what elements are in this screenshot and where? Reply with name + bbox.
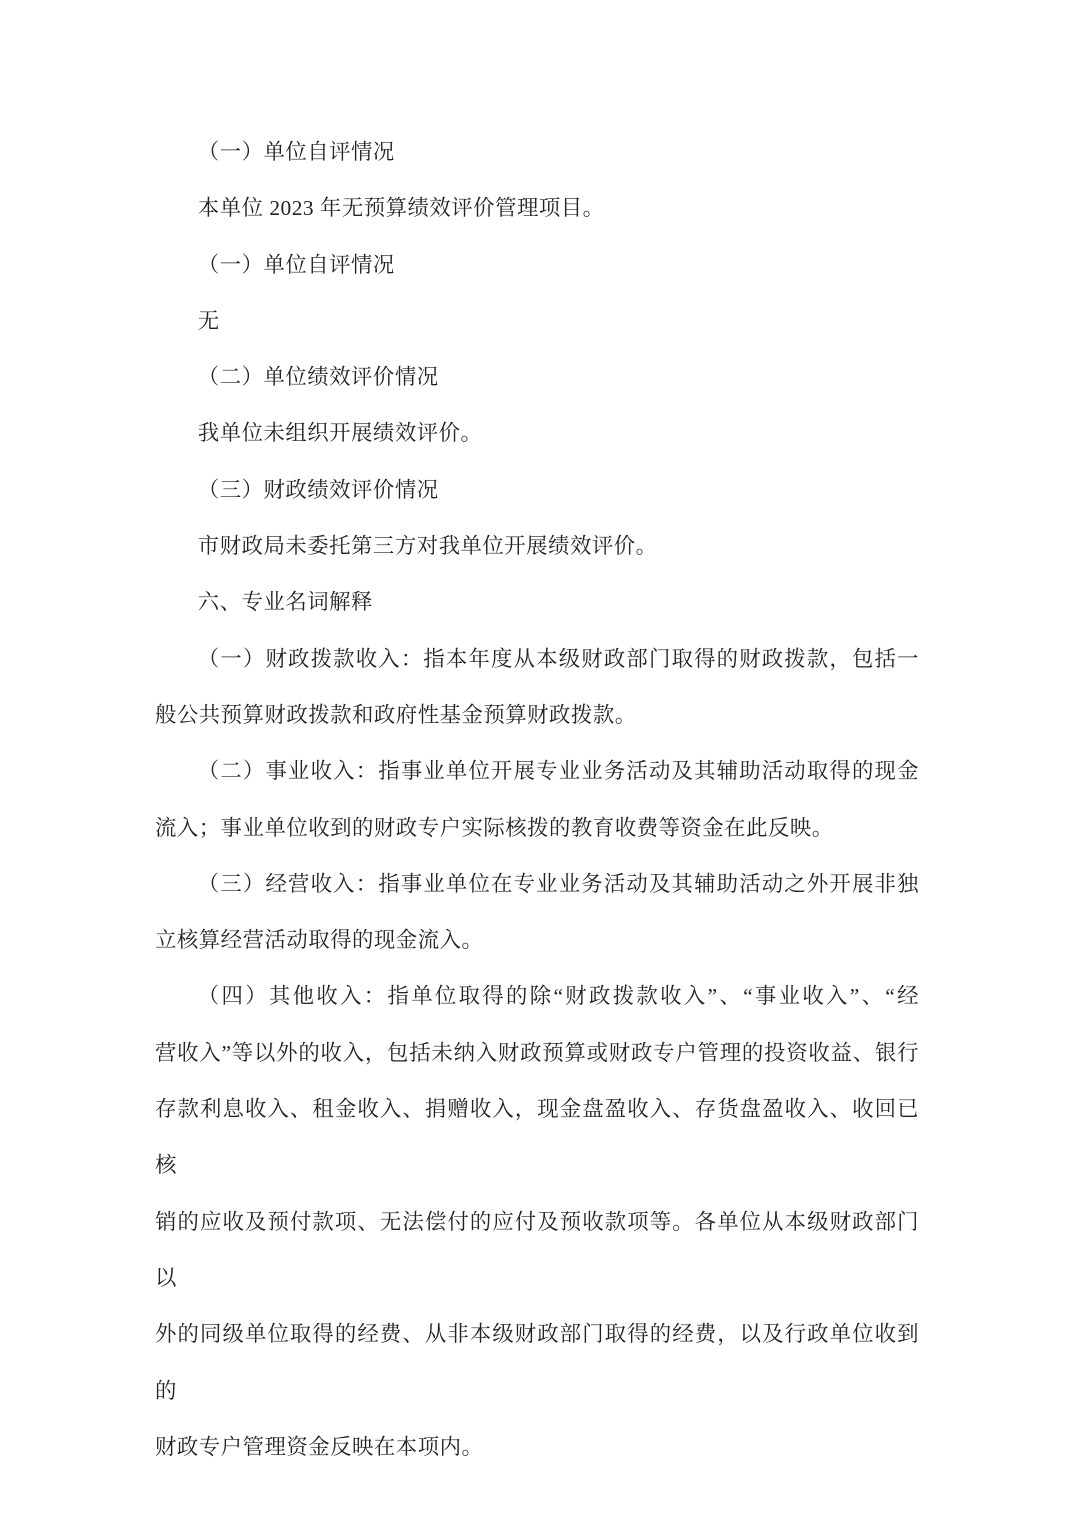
paragraph-line: 存款利息收入、租金收入、捐赠收入，现金盘盈收入、存货盘盈收入、收回已核 xyxy=(155,1081,919,1194)
paragraph-line: 般公共预算财政拨款和政府性基金预算财政拨款。 xyxy=(155,687,919,743)
paragraph-line: 外的同级单位取得的经费、从非本级财政部门取得的经费，以及行政单位收到的 xyxy=(155,1306,919,1419)
paragraph-line: （三）经营收入：指事业单位在专业业务活动及其辅助活动之外开展非独 xyxy=(155,856,919,912)
paragraph-line: 立核算经营活动取得的现金流入。 xyxy=(155,912,919,968)
paragraph-line: （四）其他收入：指单位取得的除“财政拨款收入”、“事业收入”、“经 xyxy=(155,968,919,1024)
section-heading: （二）单位绩效评价情况 xyxy=(155,349,919,405)
chapter-heading: 六、专业名词解释 xyxy=(155,574,919,630)
paragraph-line: 我单位未组织开展绩效评价。 xyxy=(155,405,919,461)
section-heading: （三）财政绩效评价情况 xyxy=(155,462,919,518)
paragraph-line: 市财政局未委托第三方对我单位开展绩效评价。 xyxy=(155,518,919,574)
section-heading: （一）单位自评情况 xyxy=(155,237,919,293)
document-page: （一）单位自评情况 本单位 2023 年无预算绩效评价管理项目。 （一）单位自评… xyxy=(0,0,1074,1520)
paragraph-line: 财政专户管理资金反映在本项内。 xyxy=(155,1419,919,1475)
paragraph-line: （二）事业收入：指事业单位开展专业业务活动及其辅助活动取得的现金 xyxy=(155,743,919,799)
paragraph-line: （一）财政拨款收入：指本年度从本级财政部门取得的财政拨款，包括一 xyxy=(155,631,919,687)
paragraph-line: 销的应收及预付款项、无法偿付的应付及预收款项等。各单位从本级财政部门以 xyxy=(155,1194,919,1307)
paragraph-line: 本单位 2023 年无预算绩效评价管理项目。 xyxy=(155,180,919,236)
section-heading: （一）单位自评情况 xyxy=(155,124,919,180)
paragraph-line: 无 xyxy=(155,293,919,349)
paragraph-line: 营收入”等以外的收入，包括未纳入财政预算或财政专户管理的投资收益、银行 xyxy=(155,1025,919,1081)
document-body: （一）单位自评情况 本单位 2023 年无预算绩效评价管理项目。 （一）单位自评… xyxy=(155,124,919,1475)
paragraph-line: 流入；事业单位收到的财政专户实际核拨的教育收费等资金在此反映。 xyxy=(155,800,919,856)
